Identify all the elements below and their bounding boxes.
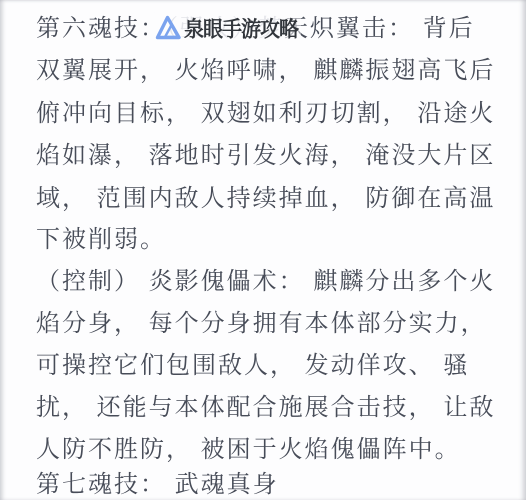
triangle-logo-icon — [154, 13, 183, 42]
text-line: 俯冲向目标， 双翅如利刃切割， 沿途火 — [36, 98, 495, 130]
skill-seven-heading-line: 第七魂技： 武魂真身 — [36, 469, 279, 500]
text-line: 可操控它们包围敌人， 发动佯攻、 骚 — [36, 350, 469, 382]
text-line: 双翼展开， 火焰呼啸， 麒麟振翅高飞后 — [36, 55, 495, 87]
watermark: 泉眼手游攻略 — [153, 12, 301, 43]
skill-six-name: 天炽翼击： 背后 — [284, 15, 475, 42]
skill-six-label: 第六魂技： — [36, 15, 166, 42]
watermark-label: 泉眼手游攻略 — [184, 12, 298, 43]
text-line: 焰如瀑， 落地时引发火海， 淹没大片区 — [36, 140, 495, 172]
text-line: 人防不胜防， 被困于火焰傀儡阵中。 — [36, 434, 461, 466]
text-line: 扰， 还能与本体配合施展合击技， 让敌 — [36, 392, 495, 424]
control-skill-heading-line: （控制） 炎影傀儡术： 麒麟分出多个火 — [36, 266, 495, 298]
text-line: 焰分身， 每个分身拥有本体部分实力， — [36, 308, 487, 340]
text-line: 域， 范围内敌人持续掉血， 防御在高温 — [36, 183, 495, 215]
article-page: 第六魂技：（强攻）焚天炽翼击： 背后 泉眼手游攻略 双翼展开， 火焰呼啸， 麒麟… — [0, 0, 526, 500]
text-line: 下被削弱。 — [36, 224, 166, 256]
